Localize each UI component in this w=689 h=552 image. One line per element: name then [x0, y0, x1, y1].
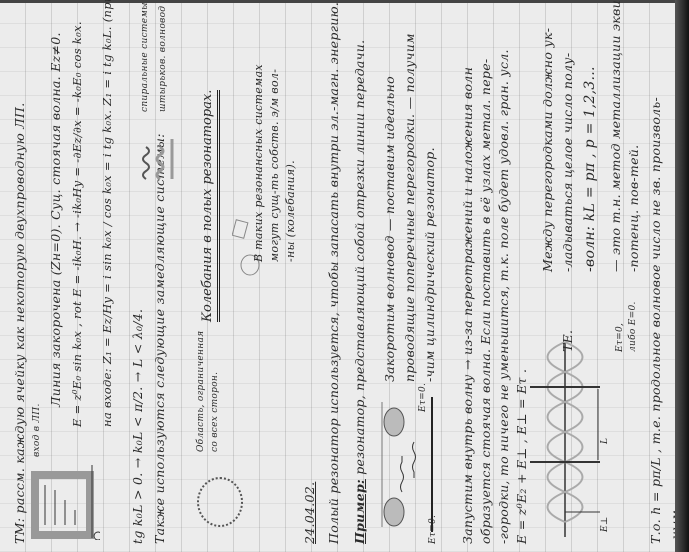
example-text: резонатор, представляющий собой отрезки … — [352, 40, 367, 475]
text-line-11c: -чим цилиндрический резонатор. — [422, 147, 437, 382]
text-line-4: на входе: Z₁ = Ez/Hy = i sin k₀x / cos k… — [100, 0, 114, 427]
fig1-left-label: Eτ=0. — [428, 515, 438, 544]
fig2-eperp-label: E⊥ — [600, 516, 610, 532]
text-line-8c: -ны (колебания). — [284, 160, 297, 262]
text-line-13b: -ладываться целое число полу- — [560, 53, 575, 272]
text-line-13c: -волн: kL = pπ , p = 1,2,3... — [582, 66, 598, 272]
text-line-5: tg k₀L > 0. → k₀L < π/2. → L < λ₀/4. — [130, 309, 145, 544]
text-line-tm-sub: вход в ЛП. — [32, 403, 42, 457]
closed-region-sketch — [192, 472, 247, 532]
text-line-14b: -потенц. пов-тей. — [626, 145, 641, 272]
text-line-8b: могут сущ-ть собств. э/м вол- — [268, 69, 281, 262]
text-line-3: E = z⁰E₀ sin k₀x , rot E = -ik₀H. → -ik₀… — [70, 21, 84, 427]
fig2-note2: либо E=0. — [628, 301, 638, 352]
text-line-9: Полый резонатор используется, чтобы запа… — [326, 2, 341, 544]
tm-cell-figure — [30, 460, 100, 540]
example-label: Пример: — [352, 479, 367, 544]
text-line-13a: Между перегородками должно ук- — [540, 28, 555, 272]
notebook-page: TM: рассм. каждую ячейку как некоторую д… — [0, 0, 689, 552]
text-line-11a: Закоротим волновод — поставим идеально — [382, 76, 397, 382]
standing-wave-figure — [520, 332, 610, 542]
slow-wave-sketches — [138, 124, 178, 184]
text-line-15: Т.о. h = pπ/L , т.е. продольное волновое… — [648, 97, 663, 544]
text-line-12c: -городки, то ничего не уменьшится, т.к. … — [496, 49, 511, 544]
text-line-8a: В таких резонансных системах — [252, 64, 265, 262]
note-spiral: спиральные системы — [140, 2, 150, 112]
section-heading: Колебания в полых резонаторах. — [200, 90, 220, 322]
fig2-note1: Eτ=0, — [615, 323, 625, 352]
text-line-10: Пример: резонатор, представляющий собой … — [352, 40, 367, 544]
text-line-12a: Запустим внутрь волну → из-за переотраже… — [460, 67, 475, 544]
note-pin: штырьков. волновод — [158, 6, 168, 112]
fig1-right-label: Eτ=0. — [418, 383, 428, 412]
text-line-14a: — это т.н. метод металлизации экви- — [608, 0, 623, 272]
text-line-7b: со всех сторон. — [210, 372, 220, 452]
notebook-binding-edge — [675, 0, 689, 552]
text-line-2: Линия закорочена (Zн=0). Суц. стоячая во… — [48, 32, 63, 407]
text-line-7a: Область, ограниченная — [196, 331, 206, 452]
fig2-te-label: TE. — [560, 330, 575, 352]
fig2-length-label: L — [600, 438, 610, 444]
rotated-notes-sheet: TM: рассм. каждую ячейку как некоторую д… — [0, 0, 689, 552]
text-line-11b: проводящие поперечные перегородки. — пол… — [402, 33, 417, 382]
text-line-12b: образуется стоячая волна. Если поставить… — [478, 59, 493, 544]
date-heading: 24.04.02. — [302, 482, 317, 544]
text-line-6: Также используются следующие замедляющие… — [152, 133, 167, 544]
text-line-tm: TM: рассм. каждую ячейку как некоторую д… — [12, 102, 27, 544]
